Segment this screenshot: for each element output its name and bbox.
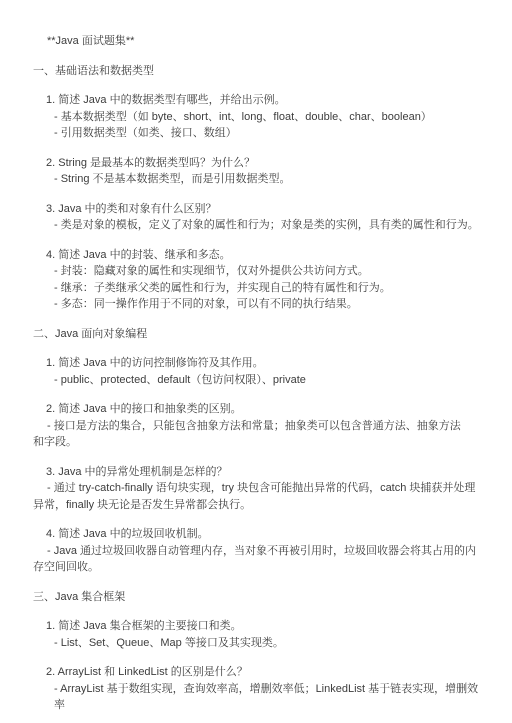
question-line: 3. Java 中的异常处理机制是怎样的？ (33, 464, 484, 481)
question-line: 4. 简述 Java 中的垃圾回收机制。 (33, 526, 484, 543)
answer-line: - String 不是基本数据类型，而是引用数据类型。 (33, 171, 484, 188)
section-basics: 一、基础语法和数据类型 1. 简述 Java 中的数据类型有哪些，并给出示例。 … (33, 63, 484, 313)
question-line: 3. Java 中的类和对象有什么区别？ (33, 201, 484, 218)
section-heading-block: 二、Java 面向对象编程 (33, 326, 484, 343)
answer-line: - 多态：同一操作作用于不同的对象，可以有不同的执行结果。 (33, 296, 484, 313)
section-heading: 一、基础语法和数据类型 (33, 63, 484, 80)
section-heading: 二、Java 面向对象编程 (33, 326, 484, 343)
document-page: **Java 面试题集** 一、基础语法和数据类型 1. 简述 Java 中的数… (0, 0, 512, 723)
question-line: 1. 简述 Java 中的访问控制修饰符及其作用。 (33, 355, 484, 372)
qa-block: 2. 简述 Java 中的接口和抽象类的区别。 - 接口是方法的集合，只能包含抽… (33, 401, 484, 451)
qa-block: 4. 简述 Java 中的封装、继承和多态。 - 封装：隐藏对象的属性和实现细节… (33, 247, 484, 313)
qa-block: 1. 简述 Java 中的数据类型有哪些，并给出示例。 - 基本数据类型（如 b… (33, 92, 484, 142)
answer-line: - public、protected、default（包访问权限）、privat… (33, 372, 484, 389)
qa-block: 3. Java 中的类和对象有什么区别？ - 类是对象的模板，定义了对象的属性和… (33, 201, 484, 234)
answer-line: - 继承：子类继承父类的属性和行为，并实现自己的特有属性和行为。 (33, 280, 484, 297)
qa-block: 4. 简述 Java 中的垃圾回收机制。 - Java 通过垃圾回收器自动管理内… (33, 526, 484, 576)
section-heading-block: 三、Java 集合框架 (33, 589, 484, 606)
answer-continuation-line: 存空间回收。 (33, 559, 484, 576)
answer-line: - 封装：隐藏对象的属性和实现细节，仅对外提供公共访问方式。 (33, 263, 484, 280)
answer-line: - 接口是方法的集合，只能包含抽象方法和常量；抽象类可以包含普通方法、抽象方法 (33, 418, 484, 435)
title-block: **Java 面试题集** (33, 33, 484, 50)
answer-line: - ArrayList 基于数组实现，查询效率高，增删效率低；LinkedLis… (33, 681, 484, 714)
answer-line: - 引用数据类型（如类、接口、数组） (33, 125, 484, 142)
answer-continuation-line: 异常，finally 块无论是否发生异常都会执行。 (33, 497, 484, 514)
answer-continuation-line: 和字段。 (33, 434, 484, 451)
qa-block: 2. ArrayList 和 LinkedList 的区别是什么？ - Arra… (33, 664, 484, 714)
section-oop: 二、Java 面向对象编程 1. 简述 Java 中的访问控制修饰符及其作用。 … (33, 326, 484, 576)
question-line: 4. 简述 Java 中的封装、继承和多态。 (33, 247, 484, 264)
qa-block: 1. 简述 Java 集合框架的主要接口和类。 - List、Set、Queue… (33, 618, 484, 651)
qa-block: 1. 简述 Java 中的访问控制修饰符及其作用。 - public、prote… (33, 355, 484, 388)
document-title: **Java 面试题集** (33, 33, 484, 50)
answer-line: - List、Set、Queue、Map 等接口及其实现类。 (33, 635, 484, 652)
answer-line: - 类是对象的模板，定义了对象的属性和行为；对象是类的实例，具有类的属性和行为。 (33, 217, 484, 234)
question-line: 1. 简述 Java 集合框架的主要接口和类。 (33, 618, 484, 635)
qa-block: 2. String 是最基本的数据类型吗？为什么？ - String 不是基本数… (33, 155, 484, 188)
section-heading-block: 一、基础语法和数据类型 (33, 63, 484, 80)
question-line: 2. 简述 Java 中的接口和抽象类的区别。 (33, 401, 484, 418)
answer-line: - 通过 try-catch-finally 语句块实现，try 块包含可能抛出… (33, 480, 484, 497)
qa-block: 3. Java 中的异常处理机制是怎样的？ - 通过 try-catch-fin… (33, 464, 484, 514)
question-line: 2. String 是最基本的数据类型吗？为什么？ (33, 155, 484, 172)
answer-line: - Java 通过垃圾回收器自动管理内存，当对象不再被引用时，垃圾回收器会将其占… (33, 543, 484, 560)
question-line: 2. ArrayList 和 LinkedList 的区别是什么？ (33, 664, 484, 681)
section-collections: 三、Java 集合框架 1. 简述 Java 集合框架的主要接口和类。 - Li… (33, 589, 484, 714)
section-heading: 三、Java 集合框架 (33, 589, 484, 606)
answer-line: - 基本数据类型（如 byte、short、int、long、float、dou… (33, 109, 484, 126)
question-line: 1. 简述 Java 中的数据类型有哪些，并给出示例。 (33, 92, 484, 109)
